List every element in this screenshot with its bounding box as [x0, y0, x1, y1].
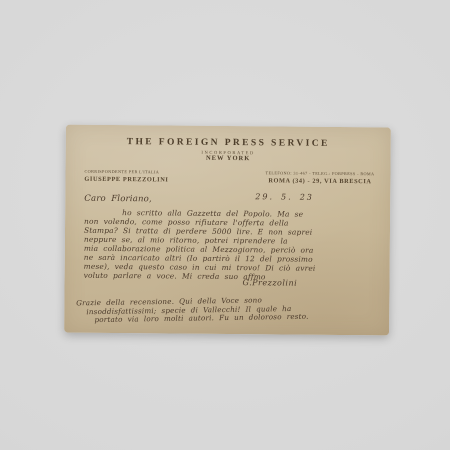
handwritten-date: 29. 5. 23	[255, 192, 314, 202]
postscript: Grazie della recensione. Qui della Voce …	[76, 295, 376, 325]
photo-background: THE FOREIGN PRESS SERVICE INCORPORATED N…	[0, 0, 450, 450]
telephone-line: TELEFONO: 31-467 - TELEG.: FORPRESS - RO…	[266, 170, 375, 176]
body-line: voluto parlare a voce. Mi creda suo affm…	[84, 271, 376, 283]
signature: G.Prezzolini	[243, 278, 298, 287]
address-line: ROMA (34) - 29, VIA BRESCIA	[265, 177, 374, 185]
correspondent-name: GIUSEPPE PREZZOLINI	[84, 176, 168, 184]
letterhead-city: NEW YORK	[66, 154, 391, 164]
correspondent-role: CORRISPONDENTE PER L'ITALIA	[84, 169, 168, 175]
letterhead-contact-block: TELEFONO: 31-467 - TELEG.: FORPRESS - RO…	[265, 170, 374, 185]
letter-body: ho scritto alla Gazzetta del Popolo. Ma …	[84, 208, 377, 283]
letterhead-correspondent-block: CORRISPONDENTE PER L'ITALIA GIUSEPPE PRE…	[84, 169, 168, 184]
salutation: Caro Floriano,	[84, 194, 152, 205]
letterhead-title: THE FOREIGN PRESS SERVICE	[66, 137, 391, 150]
letter-paper: THE FOREIGN PRESS SERVICE INCORPORATED N…	[64, 125, 391, 336]
